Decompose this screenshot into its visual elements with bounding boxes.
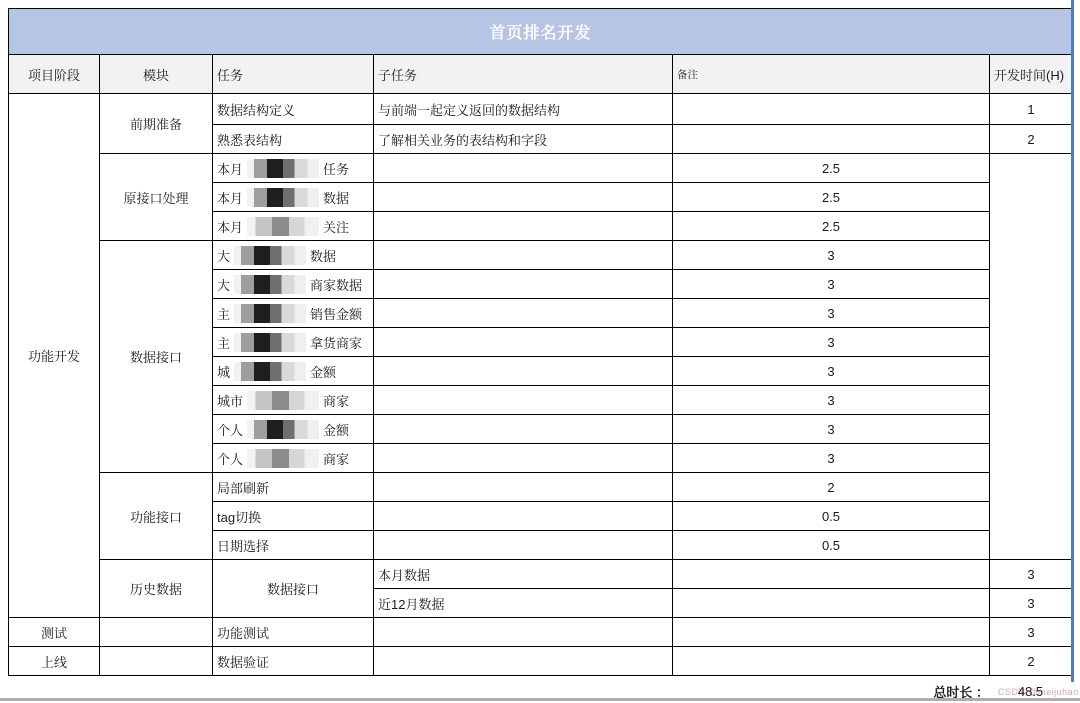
- project-plan-table: 首页排名开发 项目阶段 模块 任务 子任务 备注 开发时间(H) 功能开发 前期…: [8, 8, 1073, 676]
- cell-subtask: 本月关注: [213, 212, 374, 241]
- cell-module: [100, 618, 213, 647]
- cell-hours: 2.5: [673, 154, 990, 183]
- col-header-note: 备注: [673, 55, 990, 94]
- cell-task: 数据验证: [213, 647, 374, 676]
- cell-hours: 3: [673, 386, 990, 415]
- cell-hours: 3: [673, 328, 990, 357]
- subtask-text: 商家: [323, 394, 349, 409]
- cell-hours: 3: [990, 618, 1073, 647]
- subtask-text: 主: [217, 307, 230, 322]
- cell-subtask: [374, 647, 673, 676]
- cell-phase: 功能开发: [9, 94, 100, 618]
- cell-note: [374, 212, 673, 241]
- cell-module: 历史数据: [100, 560, 213, 618]
- subtask-text: 数据: [323, 191, 349, 206]
- subtask-text: 本月: [217, 191, 243, 206]
- subtask-text: 数据: [310, 249, 336, 264]
- cell-note: [374, 357, 673, 386]
- col-header-module: 模块: [100, 55, 213, 94]
- cell-note: [374, 154, 673, 183]
- col-header-subtask: 子任务: [374, 55, 673, 94]
- redacted-block: [247, 217, 319, 236]
- table-row: 原接口处理 本月任务 2.5: [9, 154, 1073, 183]
- page-title: 首页排名开发: [9, 9, 1073, 55]
- subtask-text: 个人: [217, 452, 243, 467]
- subtask-text: 个人: [217, 423, 243, 438]
- cell-subtask: 了解相关业务的表结构和字段: [374, 125, 673, 154]
- cell-note: [673, 589, 990, 618]
- cell-note: [374, 531, 673, 560]
- redacted-block: [247, 420, 319, 439]
- subtask-text: 主: [217, 336, 230, 351]
- cell-note: [673, 560, 990, 589]
- table-title-row: 首页排名开发: [9, 9, 1073, 55]
- subtask-text: 本月: [217, 220, 243, 235]
- cell-subtask: 个人商家: [213, 444, 374, 473]
- page: 首页排名开发 项目阶段 模块 任务 子任务 备注 开发时间(H) 功能开发 前期…: [0, 0, 1080, 703]
- page-break-guide-line: [1071, 0, 1074, 682]
- table-row: 功能接口 局部刷新 2: [9, 473, 1073, 502]
- cell-task: 数据结构定义: [213, 94, 374, 125]
- cell-hours: 1: [990, 94, 1073, 125]
- cell-note: [673, 125, 990, 154]
- cell-subtask: 本月数据: [374, 560, 673, 589]
- cell-hours: 3: [673, 444, 990, 473]
- subtask-text: 拿货商家: [310, 336, 362, 351]
- cell-subtask: 个人金额: [213, 415, 374, 444]
- subtask-text: 任务: [323, 162, 349, 177]
- cell-note: [374, 183, 673, 212]
- redacted-block: [234, 246, 306, 265]
- table-row: 上线 数据验证 2: [9, 647, 1073, 676]
- redacted-block: [234, 362, 306, 381]
- cell-subtask: 本月数据: [213, 183, 374, 212]
- cell-subtask: tag切换: [213, 502, 374, 531]
- cell-phase: 测试: [9, 618, 100, 647]
- cell-hours: 3: [673, 270, 990, 299]
- cell-hours: 3: [673, 357, 990, 386]
- redacted-block: [234, 275, 306, 294]
- redacted-block: [247, 449, 319, 468]
- cell-task: 功能接口: [100, 473, 213, 560]
- cell-note: [374, 328, 673, 357]
- redacted-block: [234, 333, 306, 352]
- cell-module: 前期准备: [100, 94, 213, 154]
- cell-module: [100, 647, 213, 676]
- cell-task: 原接口处理: [100, 154, 213, 241]
- window-bottom-edge: [0, 698, 1080, 701]
- subtask-text: 大: [217, 278, 230, 293]
- cell-hours: 2: [990, 125, 1073, 154]
- cell-hours: 2.5: [673, 183, 990, 212]
- subtask-text: 金额: [310, 365, 336, 380]
- cell-hours: 2: [673, 473, 990, 502]
- cell-subtask: 本月任务: [213, 154, 374, 183]
- cell-subtask: [374, 618, 673, 647]
- cell-note: [374, 270, 673, 299]
- cell-note: [673, 94, 990, 125]
- redacted-block: [247, 391, 319, 410]
- cell-hours: 2: [990, 647, 1073, 676]
- table-row: 测试 功能测试 3: [9, 618, 1073, 647]
- cell-note: [374, 386, 673, 415]
- cell-phase: 上线: [9, 647, 100, 676]
- cell-subtask: 城市商家: [213, 386, 374, 415]
- table-header-row: 项目阶段 模块 任务 子任务 备注 开发时间(H): [9, 55, 1073, 94]
- cell-note: [374, 473, 673, 502]
- subtask-text: 商家数据: [310, 278, 362, 293]
- col-header-phase: 项目阶段: [9, 55, 100, 94]
- cell-note: [374, 299, 673, 328]
- cell-hours: 3: [673, 299, 990, 328]
- cell-task: 功能测试: [213, 618, 374, 647]
- cell-subtask: 大数据: [213, 241, 374, 270]
- cell-subtask: 主拿货商家: [213, 328, 374, 357]
- cell-note: [374, 241, 673, 270]
- cell-hours: 3: [990, 589, 1073, 618]
- cell-subtask: 与前端一起定义返回的数据结构: [374, 94, 673, 125]
- cell-subtask: 城金额: [213, 357, 374, 386]
- cell-task: 数据接口: [213, 560, 374, 618]
- redacted-block: [247, 159, 319, 178]
- total-duration-value: 48.5: [989, 684, 1072, 699]
- table-row: 历史数据 数据接口 本月数据 3: [9, 560, 1073, 589]
- subtask-text: 本月: [217, 162, 243, 177]
- subtask-text: 关注: [323, 220, 349, 235]
- redacted-block: [234, 304, 306, 323]
- cell-subtask: 日期选择: [213, 531, 374, 560]
- cell-note: [673, 647, 990, 676]
- subtask-text: 城市: [217, 394, 243, 409]
- cell-subtask: 主销售金额: [213, 299, 374, 328]
- subtask-text: 销售金额: [310, 307, 362, 322]
- cell-hours: 3: [673, 415, 990, 444]
- cell-hours: 0.5: [673, 502, 990, 531]
- cell-hours: 3: [673, 241, 990, 270]
- col-header-hours: 开发时间(H): [990, 55, 1073, 94]
- cell-subtask: 近12月数据: [374, 589, 673, 618]
- redacted-block: [247, 188, 319, 207]
- subtask-text: 金额: [323, 423, 349, 438]
- cell-task: 数据接口: [100, 241, 213, 473]
- cell-subtask: 局部刷新: [213, 473, 374, 502]
- cell-note: [374, 415, 673, 444]
- cell-note: [673, 618, 990, 647]
- cell-hours: 0.5: [673, 531, 990, 560]
- col-header-task: 任务: [213, 55, 374, 94]
- table-row: 数据接口 大数据 3: [9, 241, 1073, 270]
- cell-hours: 2.5: [673, 212, 990, 241]
- cell-subtask: 大商家数据: [213, 270, 374, 299]
- cell-task: 熟悉表结构: [213, 125, 374, 154]
- table-row: 功能开发 前期准备 数据结构定义 与前端一起定义返回的数据结构 1: [9, 94, 1073, 125]
- subtask-text: 大: [217, 249, 230, 264]
- subtask-text: 城: [217, 365, 230, 380]
- subtask-text: 商家: [323, 452, 349, 467]
- cell-note: [374, 444, 673, 473]
- cell-hours: 3: [990, 560, 1073, 589]
- cell-note: [374, 502, 673, 531]
